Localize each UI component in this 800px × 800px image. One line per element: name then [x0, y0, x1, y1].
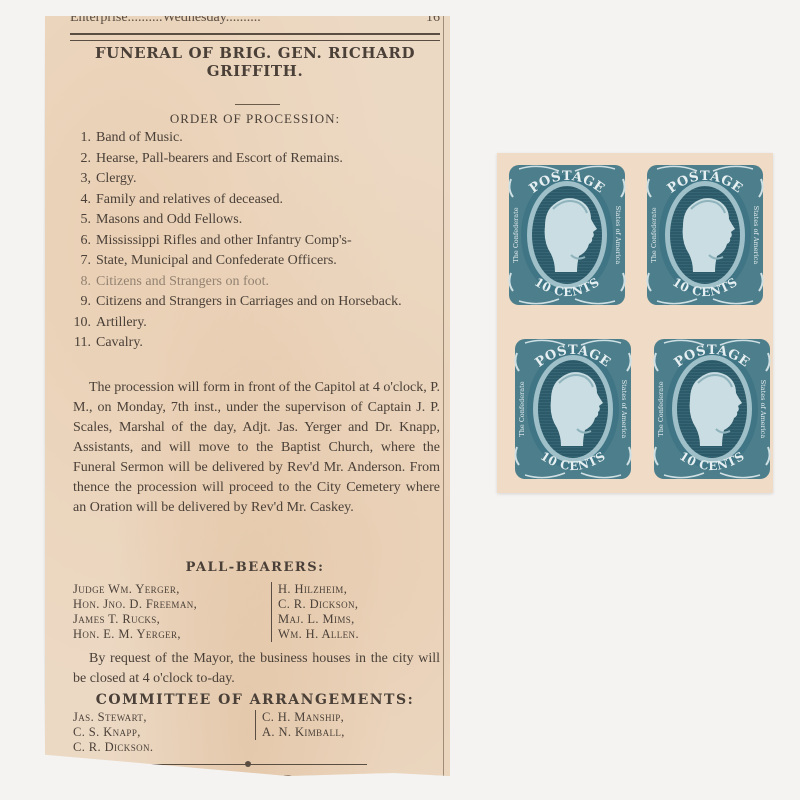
divider: [235, 104, 280, 105]
svg-text:States of America: States of America: [614, 206, 622, 265]
list-item: 5.Masons and Odd Fellows.: [69, 210, 444, 231]
pallbearers-heading: PALL-BEARERS:: [65, 560, 445, 575]
item-text: Artillery.: [96, 313, 147, 334]
procession-paragraph: The procession will form in front of the…: [73, 378, 440, 518]
item-text: Family and relatives of deceased.: [96, 190, 283, 211]
item-text: State, Municipal and Confederate Officer…: [96, 251, 337, 272]
list-item: 6.Mississippi Rifles and other Infantry …: [69, 231, 444, 252]
masthead: Enterprise..........Wednesday.......... …: [70, 10, 440, 26]
masthead-number: 16: [426, 10, 440, 26]
item-number: 8.: [69, 272, 91, 293]
name-entry: C. R. Dickson,: [278, 597, 359, 612]
item-text: Clergy.: [96, 169, 136, 190]
stamp: POSTAGE 10 CENTS The Confederate States …: [505, 159, 629, 311]
item-text: Hearse, Pall-bearers and Escort of Remai…: [96, 149, 343, 170]
newspaper-clipping: Enterprise..........Wednesday.......... …: [45, 16, 450, 776]
name-entry: Jas. Stewart,: [73, 710, 153, 725]
name-entry: C. H. Manship,: [262, 710, 345, 725]
cut-off-heading: A CARD.: [195, 772, 335, 778]
svg-text:The Confederate: The Confederate: [512, 207, 520, 262]
item-number: 1.: [69, 128, 91, 149]
name-entry: C. S. Knapp,: [73, 725, 153, 740]
committee-heading: COMMITTEE OF ARRANGEMENTS:: [65, 692, 445, 708]
item-number: 10.: [69, 313, 91, 334]
pallbearers-right: H. Hilzheim,C. R. Dickson,Maj. L. Mims,W…: [271, 582, 359, 642]
svg-text:The Confederate: The Confederate: [650, 207, 658, 262]
name-entry: C. R. Dickson.: [73, 740, 153, 755]
item-number: 11.: [69, 333, 91, 354]
name-entry: Hon. Jno. D. Freeman,: [73, 597, 197, 612]
headline: FUNERAL OF BRIG. GEN. RICHARD GRIFFITH.: [65, 44, 445, 80]
list-item: 11.Cavalry.: [69, 333, 444, 354]
name-entry: James T. Rucks,: [73, 612, 197, 627]
name-entry: Hon. E. M. Yerger,: [73, 627, 197, 642]
svg-text:States of America: States of America: [752, 206, 760, 265]
svg-text:States of America: States of America: [620, 380, 628, 439]
list-item: 4.Family and relatives of deceased.: [69, 190, 444, 211]
list-item: 8.Citizens and Strangers on foot.: [69, 272, 444, 293]
item-text: Citizens and Strangers in Carriages and …: [96, 292, 402, 313]
procession-order-list: 1.Band of Music.2.Hearse, Pall-bearers a…: [69, 128, 444, 354]
item-text: Citizens and Strangers on foot.: [96, 272, 269, 293]
item-text: Cavalry.: [96, 333, 143, 354]
name-entry: Maj. L. Mims,: [278, 612, 359, 627]
name-entry: H. Hilzheim,: [278, 582, 359, 597]
name-entry: Judge Wm. Yerger,: [73, 582, 197, 597]
list-item: 10.Artillery.: [69, 313, 444, 334]
stamp: POSTAGE 10 CENTS The Confederate States …: [650, 333, 774, 485]
name-entry: Wm. H. Allen.: [278, 627, 359, 642]
list-item: 2.Hearse, Pall-bearers and Escort of Rem…: [69, 149, 444, 170]
item-number: 3,: [69, 169, 91, 190]
svg-text:States of America: States of America: [759, 380, 767, 439]
end-ornament: [245, 761, 251, 767]
svg-text:The Confederate: The Confederate: [657, 381, 665, 436]
masthead-text: Enterprise..........Wednesday..........: [70, 10, 261, 26]
subhead: ORDER OF PROCESSION:: [65, 111, 445, 127]
item-text: Masons and Odd Fellows.: [96, 210, 242, 231]
item-number: 9.: [69, 292, 91, 313]
committee-left: Jas. Stewart,C. S. Knapp,C. R. Dickson.: [73, 710, 153, 755]
name-entry: A. N. Kimball,: [262, 725, 345, 740]
list-item: 1.Band of Music.: [69, 128, 444, 149]
list-item: 7.State, Municipal and Confederate Offic…: [69, 251, 444, 272]
svg-text:The Confederate: The Confederate: [518, 381, 526, 436]
pallbearers-left: Judge Wm. Yerger,Hon. Jno. D. Freeman,Ja…: [73, 582, 197, 642]
list-item: 3,Clergy.: [69, 169, 444, 190]
item-number: 6.: [69, 231, 91, 252]
stamp: POSTAGE 10 CENTS The Confederate States …: [511, 333, 635, 485]
item-text: Mississippi Rifles and other Infantry Co…: [96, 231, 352, 252]
item-number: 5.: [69, 210, 91, 231]
double-rule: [70, 33, 440, 41]
item-number: 7.: [69, 251, 91, 272]
item-text: Band of Music.: [96, 128, 183, 149]
stamp: POSTAGE 10 CENTS The Confederate States …: [643, 159, 767, 311]
list-item: 9.Citizens and Strangers in Carriages an…: [69, 292, 444, 313]
committee-right: C. H. Manship,A. N. Kimball,: [255, 710, 345, 740]
item-number: 2.: [69, 149, 91, 170]
item-number: 4.: [69, 190, 91, 211]
mayor-paragraph: By request of the Mayor, the business ho…: [73, 649, 440, 689]
stamp-block: POSTAGE 10 CENTS The Confederate States …: [497, 153, 773, 493]
